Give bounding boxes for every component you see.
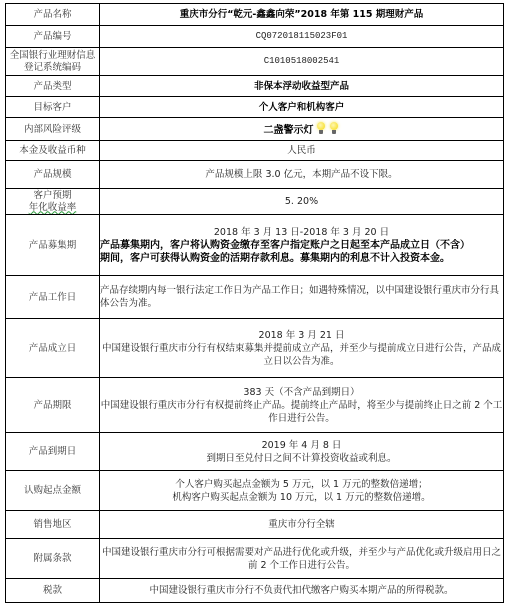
table-row: 产品到期日 2019 年 4 月 8 日 到期日至兑付日之间不计算投资收益或利息… xyxy=(6,433,504,471)
table-row: 产品编号 CQ072018115023F01 xyxy=(6,26,504,48)
value-expected-yield: 5. 20% xyxy=(100,189,504,215)
value-product-term: 383 天（不含产品到期日） 中国建设银行重庆市分行有权提前终止产品。提前终止产… xyxy=(100,378,504,433)
label-additional-terms: 附属条款 xyxy=(6,539,100,579)
label-expected-yield-line2: 年化收益率 xyxy=(8,202,97,214)
product-term-days: 383 天（不含产品到期日） xyxy=(100,386,503,399)
label-currency: 本金及收益币种 xyxy=(6,141,100,161)
value-registry-code: C1010518002541 xyxy=(100,48,504,76)
lightbulb-icon xyxy=(315,121,327,136)
table-row: 产品期限 383 天（不含产品到期日） 中国建设银行重庆市分行有权提前终止产品。… xyxy=(6,378,504,433)
value-product-type: 非保本浮动收益型产品 xyxy=(100,76,504,97)
table-row: 本金及收益币种 人民币 xyxy=(6,141,504,161)
value-establishment-date: 2018 年 3 月 21 日 中国建设银行重庆市分行有权结束募集并提前成立产品… xyxy=(100,319,504,378)
label-expected-yield-line1: 客户预期 xyxy=(8,190,97,202)
table-row: 内部风险评级 二盏警示灯 xyxy=(6,118,504,141)
table-row: 产品类型 非保本浮动收益型产品 xyxy=(6,76,504,97)
maturity-note: 到期日至兑付日之间不计算投资收益或利息。 xyxy=(102,452,501,465)
value-additional-terms: 中国建设银行重庆市分行可根据需要对产品进行优化或升级，并至少与产品优化或升级启用… xyxy=(100,539,504,579)
label-sales-region: 销售地区 xyxy=(6,511,100,539)
establishment-note: 中国建设银行重庆市分行有权结束募集并提前成立产品，并至少与提前成立日进行公告，产… xyxy=(100,342,503,368)
value-risk-rating: 二盏警示灯 xyxy=(100,118,504,141)
label-min-subscription: 认购起点金额 xyxy=(6,471,100,511)
value-sales-region: 重庆市分行全辖 xyxy=(100,511,504,539)
min-subscription-institution: 机构客户购买起点金额为 10 万元，以 1 万元的整数倍递增。 xyxy=(102,491,501,504)
label-risk-rating: 内部风险评级 xyxy=(6,118,100,141)
table-row: 销售地区 重庆市分行全辖 xyxy=(6,511,504,539)
maturity-date: 2019 年 4 月 8 日 xyxy=(102,439,501,452)
subscription-note-line2: 期间，客户可获得认购资金的活期存款利息。募集期内的利息不计入投资本金。 xyxy=(100,252,503,265)
establishment-date: 2018 年 3 月 21 日 xyxy=(100,329,503,342)
paragraph-mark: . xyxy=(34,603,36,607)
label-product-scale: 产品规模 xyxy=(6,161,100,189)
value-product-scale: 产品规模上限 3.0 亿元，本期产品不设下限。 xyxy=(100,161,504,189)
label-target-customer: 目标客户 xyxy=(6,97,100,118)
value-taxes: 中国建设银行重庆市分行不负责代扣代缴客户购买本期产品的所得税款。 xyxy=(100,579,504,603)
subscription-dates: 2018 年 3 月 13 日-2018 年 3 月 20 日 xyxy=(100,226,503,239)
value-product-name: 重庆市分行“乾元-鑫鑫向荣”2018 年第 115 期理财产品 xyxy=(100,4,504,26)
table-row: 产品募集期 2018 年 3 月 13 日-2018 年 3 月 20 日 产品… xyxy=(6,215,504,276)
lightbulb-icon xyxy=(328,121,340,136)
value-currency: 人民币 xyxy=(100,141,504,161)
table-row: 全国银行业理财信息登记系统编码 C1010518002541 xyxy=(6,48,504,76)
label-product-term: 产品期限 xyxy=(6,378,100,433)
table-row: 客户预期 年化收益率 5. 20% xyxy=(6,189,504,215)
risk-rating-text: 二盏警示灯 xyxy=(264,125,314,136)
value-maturity-date: 2019 年 4 月 8 日 到期日至兑付日之间不计算投资收益或利息。 xyxy=(100,433,504,471)
product-term-note: 中国建设银行重庆市分行有权提前终止产品。提前终止产品时，将至少与提前终止日之前 … xyxy=(100,399,503,425)
label-maturity-date: 产品到期日 xyxy=(6,433,100,471)
label-working-day: 产品工作日 xyxy=(6,276,100,319)
min-subscription-individual: 个人客户购买起点金额为 5 万元，以 1 万元的整数倍递增； xyxy=(102,478,501,491)
label-establishment-date: 产品成立日 xyxy=(6,319,100,378)
table-row: 产品成立日 2018 年 3 月 21 日 中国建设银行重庆市分行有权结束募集并… xyxy=(6,319,504,378)
label-expected-yield: 客户预期 年化收益率 xyxy=(6,189,100,215)
table-row: 税款 中国建设银行重庆市分行不负责代扣代缴客户购买本期产品的所得税款。 xyxy=(6,579,504,603)
subscription-note-line1: 产品募集期内，客户将认购资金缴存至客户指定账户之日起至本产品成立日（不含） xyxy=(100,239,503,252)
label-subscription-period: 产品募集期 xyxy=(6,215,100,276)
label-product-name: 产品名称 xyxy=(6,4,100,26)
table-row: 附属条款 中国建设银行重庆市分行可根据需要对产品进行优化或升级，并至少与产品优化… xyxy=(6,539,504,579)
table-row: 认购起点金额 个人客户购买起点金额为 5 万元，以 1 万元的整数倍递增； 机构… xyxy=(6,471,504,511)
table-row: 产品规模 产品规模上限 3.0 亿元，本期产品不设下限。 xyxy=(6,161,504,189)
label-product-type: 产品类型 xyxy=(6,76,100,97)
table-row: 产品工作日 产品存续期内每一银行法定工作日为产品工作日；如遇特殊情况，以中国建设… xyxy=(6,276,504,319)
product-info-table: 产品名称 重庆市分行“乾元-鑫鑫向荣”2018 年第 115 期理财产品 产品编… xyxy=(5,3,504,603)
value-target-customer: 个人客户和机构客户 xyxy=(100,97,504,118)
value-product-code: CQ072018115023F01 xyxy=(100,26,504,48)
label-product-code: 产品编号 xyxy=(6,26,100,48)
label-registry-code: 全国银行业理财信息登记系统编码 xyxy=(6,48,100,76)
table-row: 目标客户 个人客户和机构客户 xyxy=(6,97,504,118)
value-working-day: 产品存续期内每一银行法定工作日为产品工作日；如遇特殊情况，以中国建设银行重庆市分… xyxy=(100,276,504,319)
value-subscription-period: 2018 年 3 月 13 日-2018 年 3 月 20 日 产品募集期内，客… xyxy=(100,215,504,276)
label-taxes: 税款 xyxy=(6,579,100,603)
table-row: 产品名称 重庆市分行“乾元-鑫鑫向荣”2018 年第 115 期理财产品 xyxy=(6,4,504,26)
value-min-subscription: 个人客户购买起点金额为 5 万元，以 1 万元的整数倍递增； 机构客户购买起点金… xyxy=(100,471,504,511)
